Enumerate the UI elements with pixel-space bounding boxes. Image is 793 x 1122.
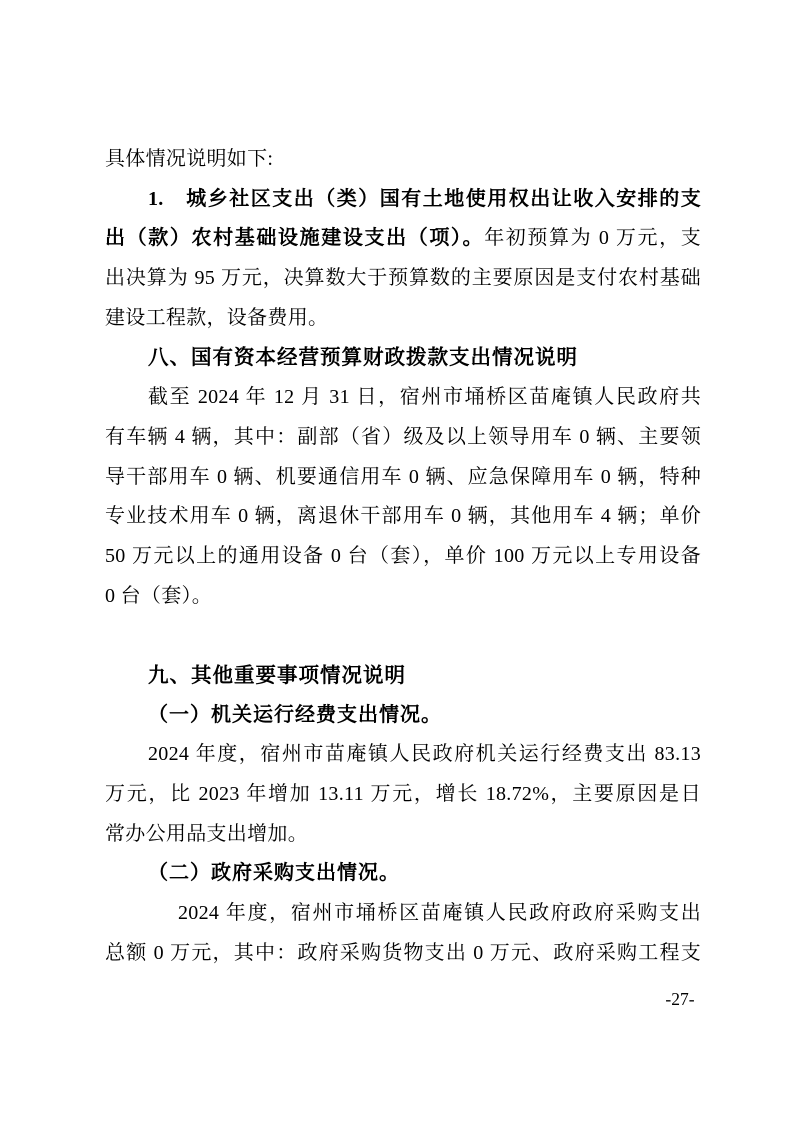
text-segment: 建设工程款，设备费用。: [105, 307, 328, 329]
text-segment: 截至 2024 年 12 月 31 日，宿州市埇桥区苗庵镇人民政府共: [148, 386, 701, 408]
text-line: 常办公用品支出增加。: [105, 815, 701, 855]
text-line: 出决算为 95 万元，决算数大于预算数的主要原因是支付农村基础: [105, 259, 701, 299]
text-line: 建设工程款，设备费用。: [105, 299, 701, 339]
text-segment: 出决算为 95 万元，决算数大于预算数的主要原因是支付农村基础: [105, 267, 701, 289]
heading-text: 八、国有资本经营预算财政拨款支出情况说明: [148, 346, 578, 369]
sub-heading-9-2: （二）政府采购支出情况。: [105, 854, 701, 894]
text-line: 具体情况说明如下:: [105, 140, 701, 180]
text-segment: 总额 0 万元，其中：政府采购货物支出 0 万元、政府采购工程支: [105, 942, 701, 964]
page-number: -27-: [635, 986, 725, 1012]
text-segment: 导干部用车 0 辆、机要通信用车 0 辆、应急保障用车 0 辆，特种: [105, 466, 701, 488]
blank-line: [105, 616, 701, 656]
sub-heading-9-1: （一）机关运行经费支出情况。: [105, 696, 701, 736]
text-line: 出（款）农村基础设施建设支出（项）。年初预算为 0 万元，支: [105, 219, 701, 259]
document-content: 具体情况说明如下: 1. 城乡社区支出（类）国有土地使用权出让收入安排的支 出（…: [105, 140, 701, 973]
text-line: 2024 年度，宿州市埇桥区苗庵镇人民政府政府采购支出: [105, 894, 701, 934]
text-line: 1. 城乡社区支出（类）国有土地使用权出让收入安排的支: [105, 180, 701, 220]
text-line: 万元，比 2023 年增加 13.11 万元，增长 18.72%，主要原因是日: [105, 775, 701, 815]
text-segment: 具体情况说明如下:: [105, 148, 273, 170]
text-segment: 年初预算为 0 万元，支: [484, 227, 701, 249]
text-line: 2024 年度，宿州市苗庵镇人民政府机关运行经费支出 83.13: [105, 735, 701, 775]
heading-text: （一）机关运行经费支出情况。: [148, 704, 442, 726]
section-heading-9: 九、其他重要事项情况说明: [105, 656, 701, 696]
text-line: 0 台（套）。: [105, 577, 701, 617]
text-segment: 50 万元以上的通用设备 0 台（套），单价 100 万元以上专用设备: [105, 545, 701, 567]
text-line: 50 万元以上的通用设备 0 台（套），单价 100 万元以上专用设备: [105, 537, 701, 577]
text-segment: 万元，比 2023 年增加 13.11 万元，增长 18.72%，主要原因是日: [105, 783, 701, 805]
text-line: 导干部用车 0 辆、机要通信用车 0 辆、应急保障用车 0 辆，特种: [105, 458, 701, 498]
text-segment-bold: 1. 城乡社区支出（类）国有土地使用权出让收入安排的支: [148, 188, 701, 210]
text-segment: 2024 年度，宿州市埇桥区苗庵镇人民政府政府采购支出: [178, 902, 701, 924]
text-line: 专业技术用车 0 辆，离退休干部用车 0 辆，其他用车 4 辆；单价: [105, 497, 701, 537]
text-segment: 专业技术用车 0 辆，离退休干部用车 0 辆，其他用车 4 辆；单价: [105, 505, 701, 527]
heading-text: 九、其他重要事项情况说明: [148, 664, 406, 687]
text-segment: 有车辆 4 辆，其中：副部（省）级及以上领导用车 0 辆、主要领: [105, 426, 701, 448]
section-heading-8: 八、国有资本经营预算财政拨款支出情况说明: [105, 338, 701, 378]
text-line: 截至 2024 年 12 月 31 日，宿州市埇桥区苗庵镇人民政府共: [105, 378, 701, 418]
text-line: 总额 0 万元，其中：政府采购货物支出 0 万元、政府采购工程支: [105, 934, 701, 974]
text-line: 有车辆 4 辆，其中：副部（省）级及以上领导用车 0 辆、主要领: [105, 418, 701, 458]
document-page: 具体情况说明如下: 1. 城乡社区支出（类）国有土地使用权出让收入安排的支 出（…: [0, 0, 793, 1122]
text-segment-bold: 出（款）农村基础设施建设支出（项）。: [105, 227, 484, 249]
text-segment: 常办公用品支出增加。: [105, 823, 308, 845]
heading-text: （二）政府采购支出情况。: [148, 862, 400, 884]
text-segment: 2024 年度，宿州市苗庵镇人民政府机关运行经费支出 83.13: [148, 743, 701, 765]
text-segment: 0 台（套）。: [105, 585, 212, 607]
